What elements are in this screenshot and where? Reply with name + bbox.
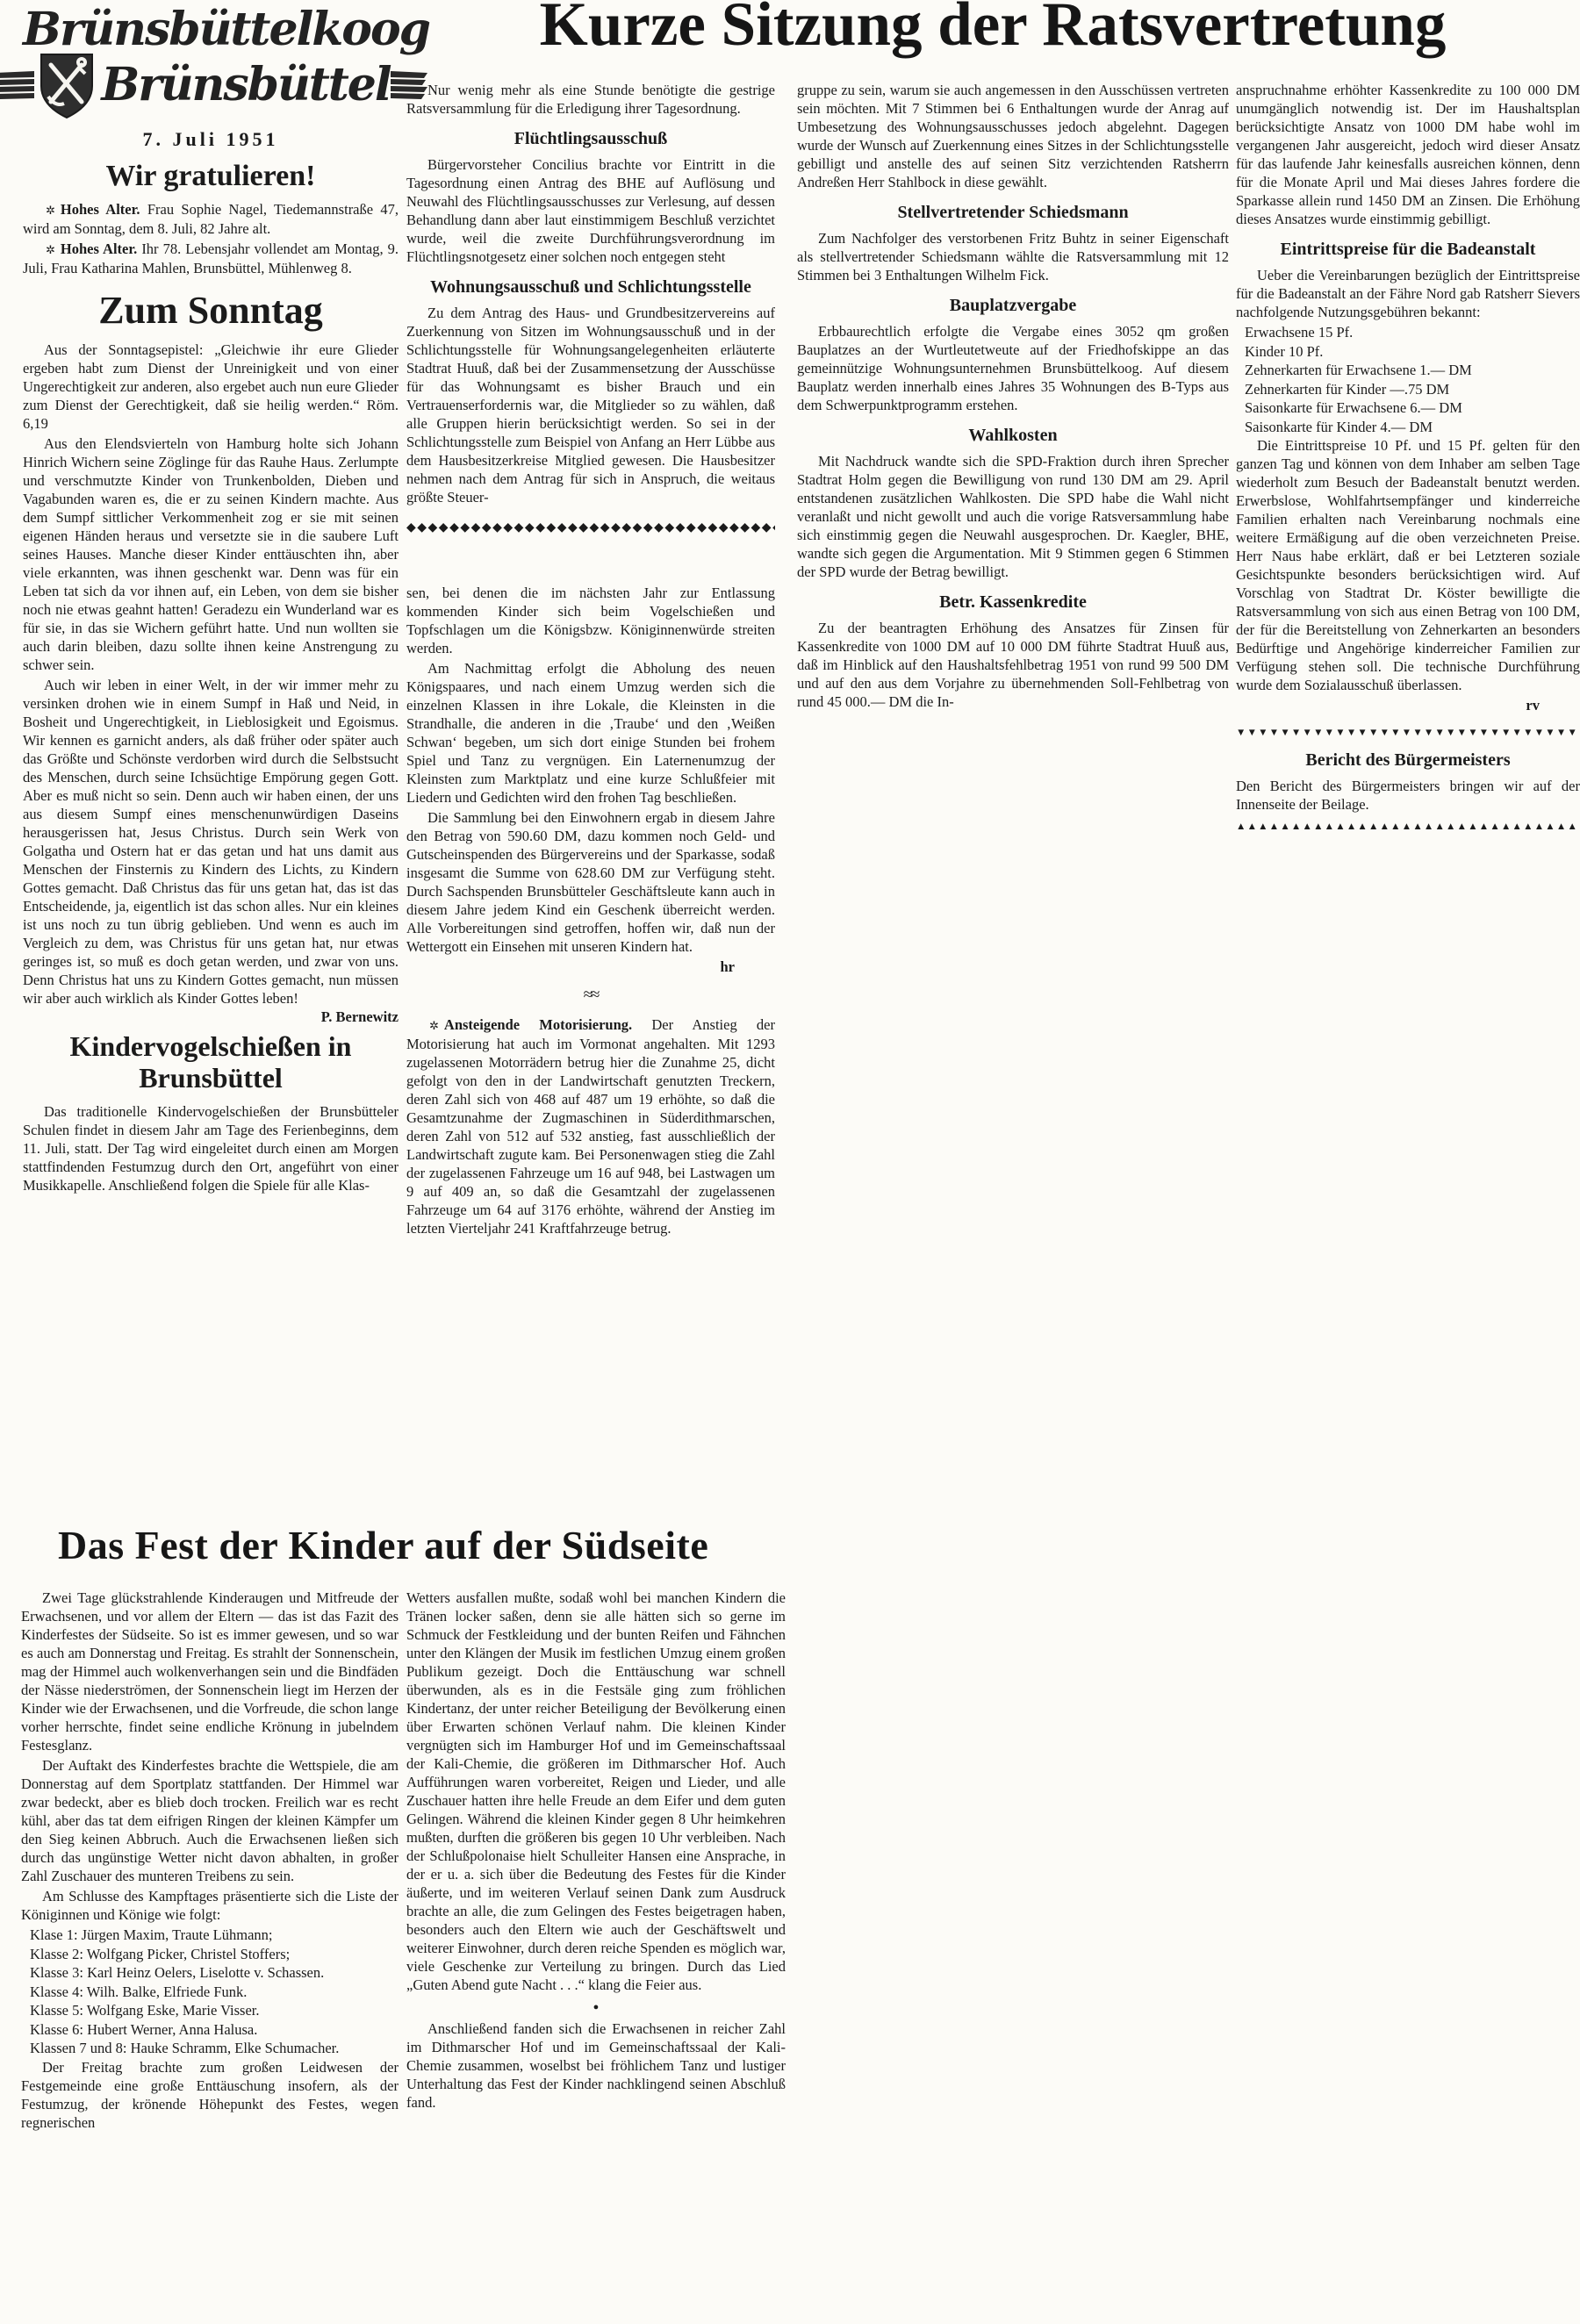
paragraph-text: Am Schlusse des Kampftages präsentierte … (21, 1888, 399, 1923)
star-ornament-icon: ✲ (44, 204, 61, 217)
masthead-title-line2: Brünsbüttel (101, 61, 390, 110)
paragraph-text: Aus den Elendsvierteln von Hamburg holte… (23, 435, 399, 673)
signature: hr (406, 958, 775, 976)
sub-heading: Flüchtlingsausschuß (406, 129, 775, 149)
paragraph-lead: Hohes Alter. (61, 201, 140, 218)
triangle-down-divider: ▼▼▼▼▼▼▼▼▼▼▼▼▼▼▼▼▼▼▼▼▼▼▼▼▼▼▼▼▼▼▼▼▼▼▼▼▼▼▼▼… (1236, 728, 1580, 739)
bottom-column-right: Wetters ausfallen mußte, sodaß wohl bei … (406, 1589, 786, 2113)
list-line: Klasse 3: Karl Heinz Oelers, Liselotte v… (21, 1963, 399, 1983)
dot-divider: ● (406, 2003, 786, 2012)
star-ornament-icon: ✲ (44, 243, 61, 256)
sub-heading: Betr. Kassenkredite (797, 592, 1229, 613)
list-line: Saisonkarte für Kinder 4.— DM (1236, 418, 1580, 437)
paragraph-text: sen, bei denen die im nächsten Jahr zur … (406, 585, 775, 656)
paragraph: Nur wenig mehr als eine Stunde benötigte… (406, 81, 775, 118)
paragraph: Mit Nachdruck wandte sich die SPD-Frakti… (797, 452, 1229, 581)
section-heading: Wir gratulieren! (23, 160, 399, 193)
article-column-2: gruppe zu sein, warum sie auch angemesse… (797, 81, 1229, 713)
masthead-title-line1: Brünsbüttelkoog (23, 5, 399, 54)
paragraph-lead: Hohes Alter. (61, 240, 137, 257)
paragraph-text: gruppe zu sein, warum sie auch angemesse… (797, 82, 1229, 190)
wave-divider: ≈≈ (406, 986, 775, 1003)
sub-heading: Wahlkosten (797, 426, 1229, 446)
paragraph-text: Mit Nachdruck wandte sich die SPD-Frakti… (797, 453, 1229, 580)
paragraph-text: Der Auftakt des Kinderfestes brachte die… (21, 1757, 399, 1884)
paragraph-text: Den Bericht des Bürgermeisters bringen w… (1236, 778, 1580, 813)
masthead: Brünsbüttelkoog (23, 5, 399, 151)
paragraph-text: Nur wenig mehr als eine Stunde benötigte… (406, 82, 775, 117)
paragraph: Erbbaurechtlich erfolgte die Vergabe ein… (797, 322, 1229, 414)
paragraph: Der Freitag brachte zum großen Leidwesen… (21, 2058, 399, 2132)
sub-heading: Bauplatzvergabe (797, 296, 1229, 316)
masthead-shield-icon (38, 51, 96, 119)
list-line: Zehnerkarten für Erwachsene 1.— DM (1236, 361, 1580, 380)
paragraph-text: Bürgervorsteher Concilius brachte vor Ei… (406, 156, 775, 265)
paragraph-text: Zwei Tage glückstrahlende Kinderaugen un… (21, 1589, 399, 1754)
paragraph: Der Auftakt des Kinderfestes brachte die… (21, 1756, 399, 1885)
list-line: Saisonkarte für Erwachsene 6.— DM (1236, 398, 1580, 418)
paragraph: Ueber die Vereinbarungen bezüglich der E… (1236, 266, 1580, 321)
sub-heading: Eintrittspreise für die Badeanstalt (1236, 240, 1580, 260)
paragraph: sen, bei denen die im nächsten Jahr zur … (406, 584, 775, 657)
paragraph: Bürgervorsteher Concilius brachte vor Ei… (406, 155, 775, 266)
paragraph-text: Zu der beantragten Erhöhung des Ansatzes… (797, 620, 1229, 710)
paragraph-text: Ueber die Vereinbarungen bezüglich der E… (1236, 267, 1580, 320)
paragraph: Aus den Elendsvierteln von Hamburg holte… (23, 434, 399, 674)
paragraph: Zu der beantragten Erhöhung des Ansatzes… (797, 619, 1229, 711)
author-signature: P. Bernewitz (291, 1008, 399, 1026)
paragraph-text: Wetters ausfallen mußte, sodaß wohl bei … (406, 1589, 786, 1993)
paragraph-text: Auch wir leben in einer Welt, in der wir… (23, 677, 399, 1007)
paragraph-text: anspruchnahme erhöhter Kassenkredite zu … (1236, 82, 1580, 227)
triangle-up-divider: ▲▲▲▲▲▲▲▲▲▲▲▲▲▲▲▲▲▲▲▲▲▲▲▲▲▲▲▲▲▲▲▲▲▲▲▲▲▲▲▲… (1236, 822, 1580, 833)
paragraph-text: Der Freitag brachte zum großen Leidwesen… (21, 2059, 399, 2131)
paragraph: gruppe zu sein, warum sie auch angemesse… (797, 81, 1229, 191)
list-line: Klasse 6: Hubert Werner, Anna Halusa. (21, 2020, 399, 2040)
article-column-3: anspruchnahme erhöhter Kassenkredite zu … (1236, 81, 1580, 832)
paragraph: Zum Nachfolger des verstorbenen Fritz Bu… (797, 229, 1229, 284)
paragraph-text: Der Anstieg der Motorisierung hat auch i… (406, 1016, 775, 1237)
section-heading: Zum Sonntag (23, 290, 399, 332)
paragraph-text: Aus der Sonntagsepistel: „Gleichwie ihr … (23, 341, 399, 432)
paragraph: Anschließend fanden sich die Erwachsenen… (406, 2019, 786, 2112)
main-headline: Kurze Sitzung der Ratsvertretung (406, 0, 1580, 58)
list-line: Klassen 7 und 8: Hauke Schramm, Elke Sch… (21, 2039, 399, 2058)
paragraph: Die Eintrittspreise 10 Pf. und 15 Pf. ge… (1236, 436, 1580, 694)
paragraph: Den Bericht des Bürgermeisters bringen w… (1236, 777, 1580, 814)
paragraph: Aus der Sonntagsepistel: „Gleichwie ihr … (23, 341, 399, 433)
paragraph-text: Die Sammlung bei den Einwohnern ergab in… (406, 809, 775, 955)
sub-heading: Stellvertretender Schiedsmann (797, 203, 1229, 223)
paragraph: Am Nachmittag erfolgt die Abholung des n… (406, 659, 775, 807)
paragraph: anspruchnahme erhöhter Kassenkredite zu … (1236, 81, 1580, 228)
star-ornament-icon: ✲ (427, 1019, 444, 1032)
sub-heading: Wohnungsausschuß und Schlichtungsstelle (406, 277, 775, 298)
paragraph-text: Zum Nachfolger des verstorbenen Fritz Bu… (797, 230, 1229, 283)
paragraph: Die Sammlung bei den Einwohnern ergab in… (406, 808, 775, 956)
signature: rv (1236, 696, 1580, 714)
list-line: Kinder 10 Pf. (1236, 342, 1580, 362)
paragraph-text: Am Nachmittag erfolgt die Abholung des n… (406, 660, 775, 806)
bottom-column-left: Zwei Tage glückstrahlende Kinderaugen un… (21, 1589, 399, 2134)
paragraph-text: Das traditionelle Kindervogelschießen de… (23, 1103, 399, 1194)
paragraph: Auch wir leben in einer Welt, in der wir… (23, 676, 399, 1008)
paragraph: Zwei Tage glückstrahlende Kinderaugen un… (21, 1589, 399, 1754)
article-column-1: Nur wenig mehr als eine Stunde benötigte… (406, 81, 775, 1239)
newspaper-page: Kurze Sitzung der Ratsvertretung Brünsbü… (0, 0, 1580, 2324)
paragraph-text: Anschließend fanden sich die Erwachsenen… (406, 2020, 786, 2111)
paragraph: ✲Ansteigende Motorisierung. Der Anstieg … (406, 1015, 775, 1237)
list-line: Klasse 2: Wolfgang Picker, Christel Stof… (21, 1945, 399, 1964)
paragraph: Zu dem Antrag des Haus- und Grundbesitze… (406, 304, 775, 506)
list-line: Erwachsene 15 Pf. (1236, 323, 1580, 342)
paragraph: ✲Hohes Alter. Ihr 78. Lebensjahr vollend… (23, 240, 399, 277)
issue-date: 7. Juli 1951 (23, 128, 399, 151)
paragraph: Wetters ausfallen mußte, sodaß wohl bei … (406, 1589, 786, 1994)
section-heading: Kindervogelschießen in Brunsbüttel (49, 1030, 372, 1094)
list-line: Klasse 5: Wolfgang Eske, Marie Visser. (21, 2001, 399, 2020)
paragraph: Am Schlusse des Kampftages präsentierte … (21, 1887, 399, 1924)
left-column: Brünsbüttelkoog (23, 5, 399, 1196)
paragraph: ✲Hohes Alter. Frau Sophie Nagel, Tiedema… (23, 200, 399, 238)
paragraph: Das traditionelle Kindervogelschießen de… (23, 1102, 399, 1194)
paragraph-lead: Ansteigende Motorisierung. (444, 1016, 632, 1033)
list-line: Klasse 4: Wilh. Balke, Elfriede Funk. (21, 1983, 399, 2002)
sub-heading: Bericht des Bürgermeisters (1236, 750, 1580, 771)
bottom-article-headline: Das Fest der Kinder auf der Südseite (58, 1524, 1023, 1567)
paragraph-text: Die Eintrittspreise 10 Pf. und 15 Pf. ge… (1236, 437, 1580, 693)
diamond-divider: ◆◆◆◆◆◆◆◆◆◆◆◆◆◆◆◆◆◆◆◆◆◆◆◆◆◆◆◆◆◆◆◆◆◆◆◆◆◆◆◆… (406, 522, 775, 534)
list-line: Klase 1: Jürgen Maxim, Traute Lühmann; (21, 1926, 399, 1945)
list-line: Zehnerkarten für Kinder —.75 DM (1236, 380, 1580, 399)
paragraph-text: Erbbaurechtlich erfolgte die Vergabe ein… (797, 323, 1229, 413)
paragraph-text: Zu dem Antrag des Haus- und Grundbesitze… (406, 305, 775, 506)
